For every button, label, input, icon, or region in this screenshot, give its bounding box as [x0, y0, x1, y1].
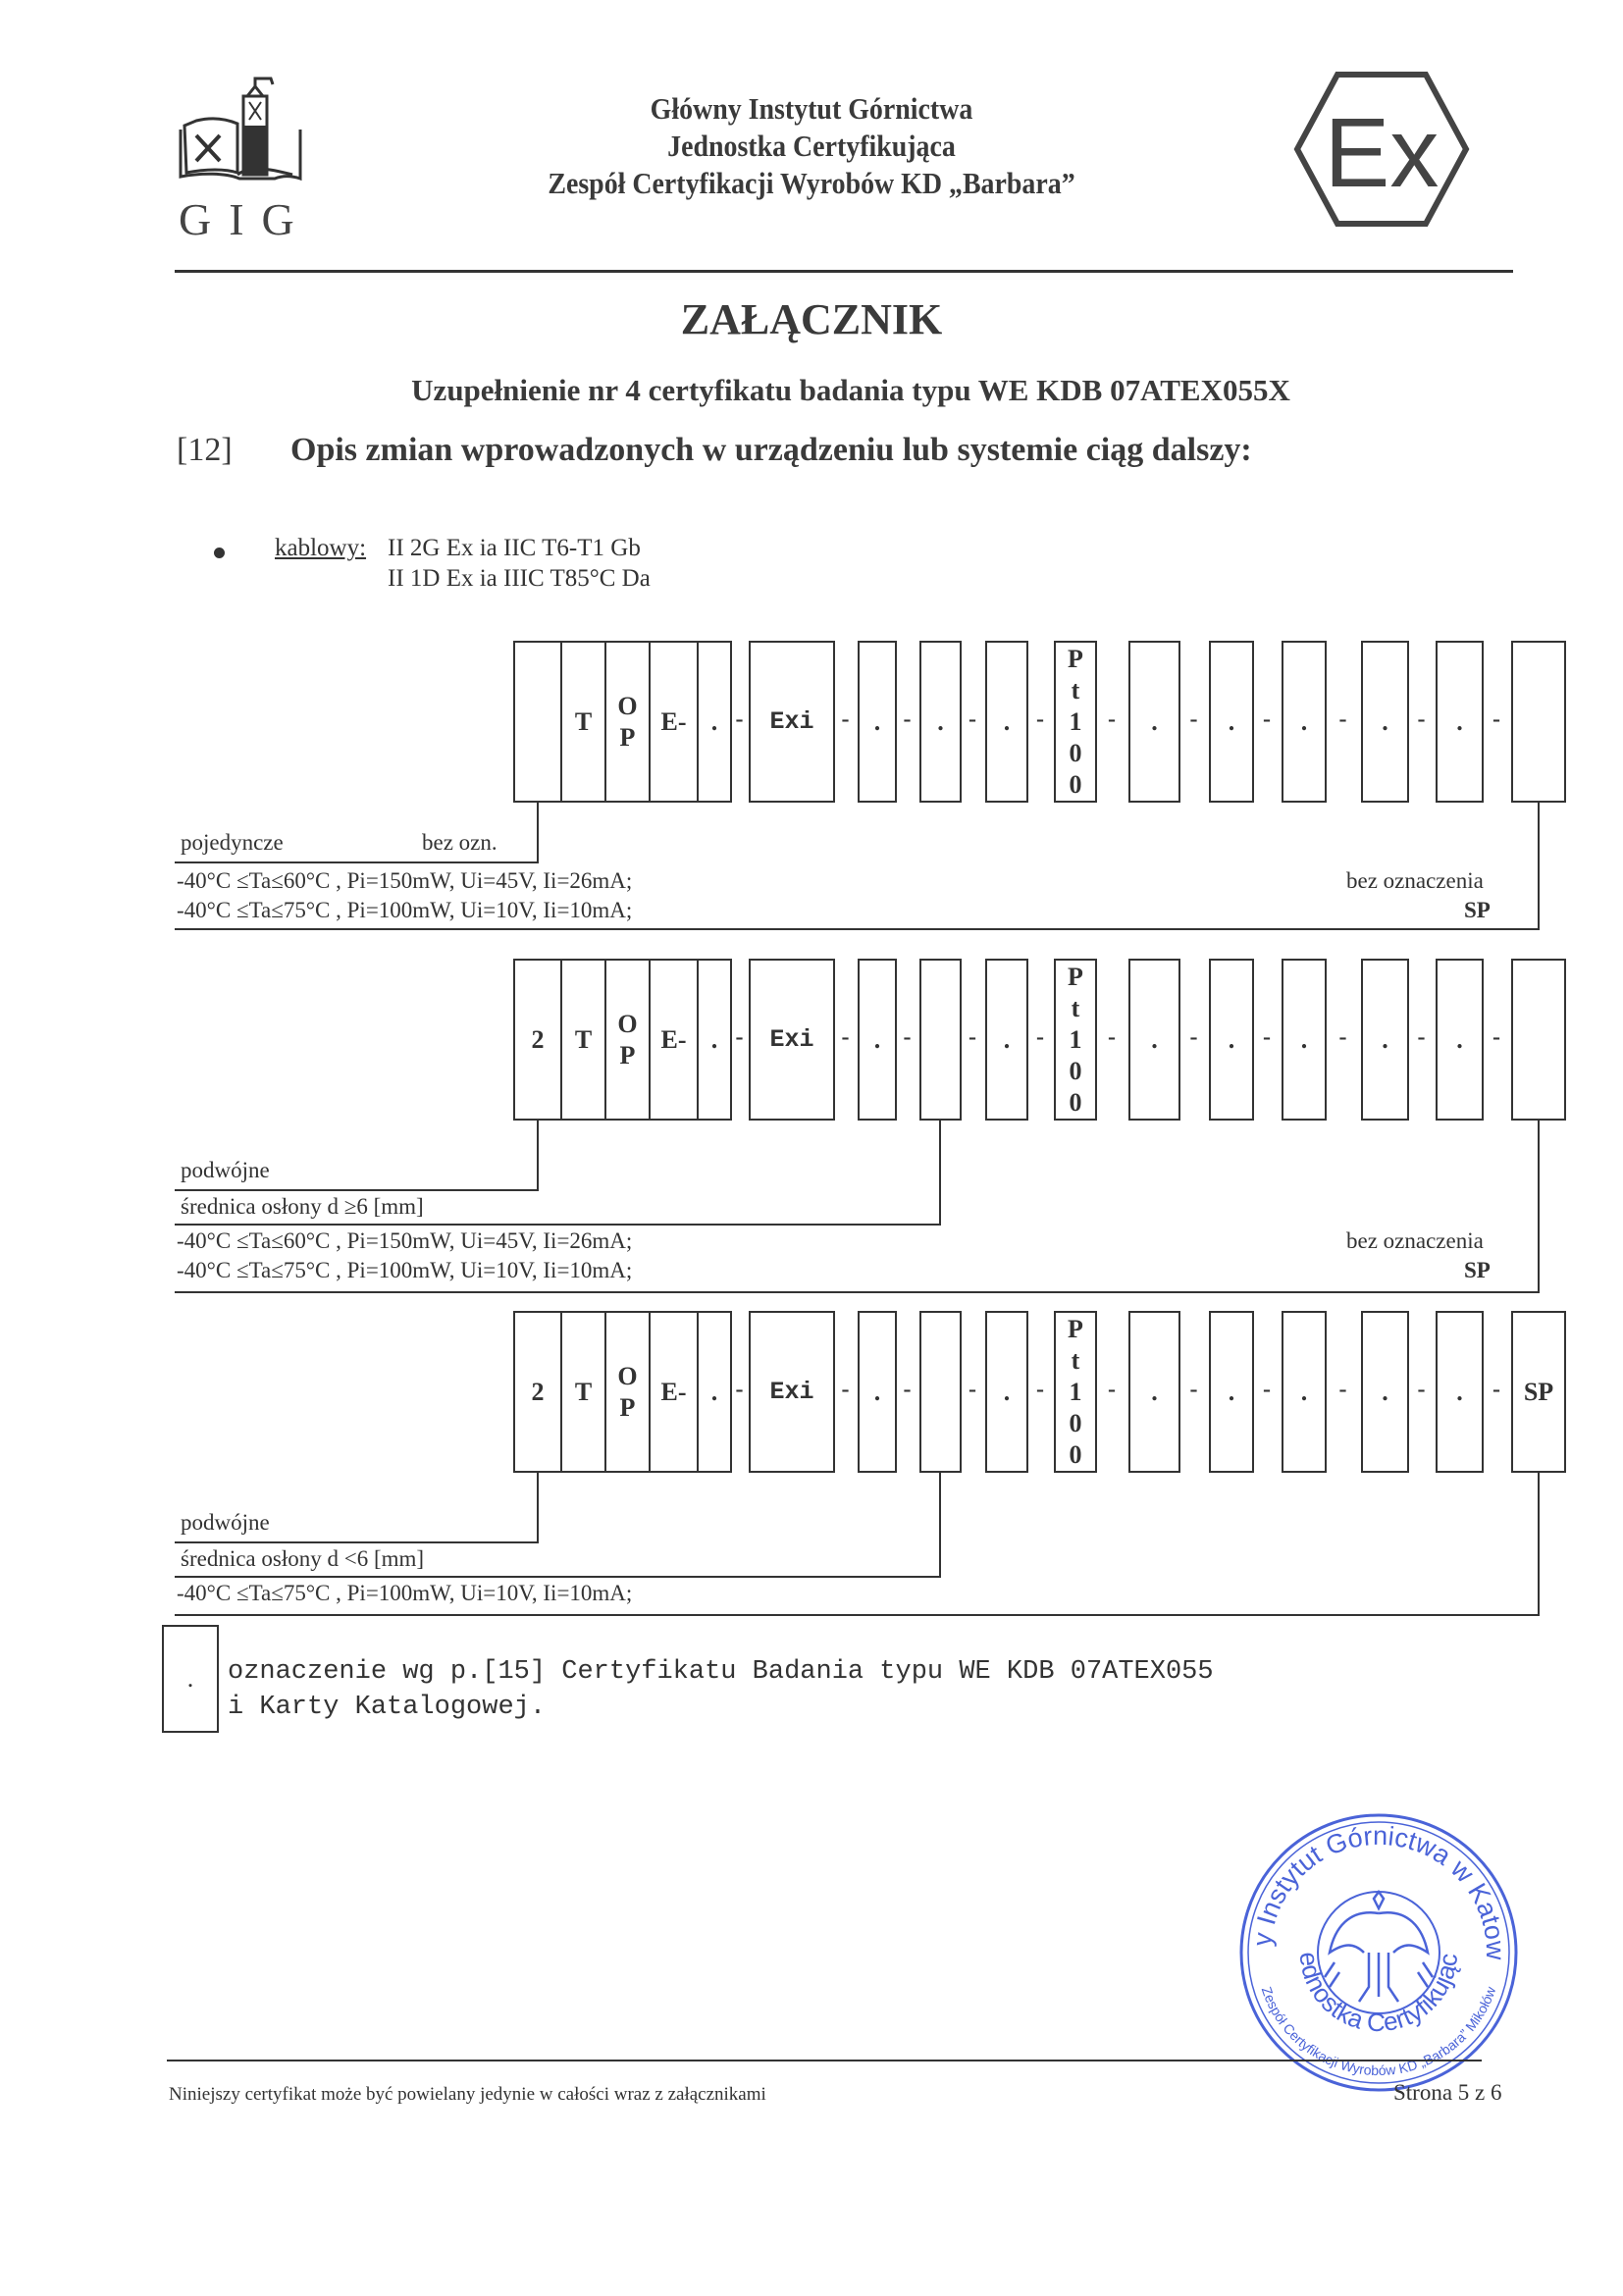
code-separator: - [1100, 1377, 1124, 1403]
code-separator: - [1100, 706, 1124, 733]
code-separator: - [1410, 1377, 1434, 1403]
connector-line [1538, 1121, 1540, 1291]
condition-line: -40°C ≤Ta≤60°C , Pi=150mW, Ui=45V, Ii=26… [177, 1228, 632, 1254]
code-separator: - [1182, 1377, 1206, 1403]
code-cell: . [1436, 641, 1484, 803]
ex-mark: Ex [1293, 71, 1470, 228]
code-cell: . [1361, 641, 1409, 803]
code-cell: . [1436, 959, 1484, 1121]
code-cell: . [1361, 1311, 1409, 1473]
code-cell: . [1361, 959, 1409, 1121]
code-separator: - [1410, 1024, 1434, 1051]
connector-line [175, 1291, 1540, 1293]
code-cell: OP [604, 1311, 651, 1473]
code-cell: . [985, 1311, 1028, 1473]
connector-line [175, 1224, 941, 1226]
code-cell [1511, 959, 1566, 1121]
code-cell: T [560, 641, 606, 803]
code-separator: - [1485, 1024, 1508, 1051]
code-separator: - [834, 1377, 858, 1403]
code-separator: - [1485, 1377, 1508, 1403]
svg-text:Główny Instytut Górnictwa w Ka: Główny Instytut Górnictwa w Katowicach [1231, 1805, 1510, 1960]
code-cell [919, 959, 962, 1121]
connector-line [1538, 1473, 1540, 1614]
code-separator: - [896, 1377, 919, 1403]
code-cell: . [1209, 959, 1254, 1121]
connector-line [175, 1614, 1540, 1616]
marking-line-2: II 1D Ex ia IIIC T85°C Da [388, 565, 651, 593]
code-cell: . [1209, 1311, 1254, 1473]
code-separator: - [961, 706, 984, 733]
code-cell: . [1436, 1311, 1484, 1473]
code-cell: . [858, 959, 897, 1121]
code-separator: - [728, 1024, 752, 1051]
page-number: Strona 5 z 6 [1393, 2080, 1502, 2106]
code-separator: - [961, 1024, 984, 1051]
code-separator: - [1332, 706, 1355, 733]
note-symbol-box: . [162, 1625, 219, 1733]
code-cell: OP [604, 959, 651, 1121]
connector-line [175, 1189, 539, 1191]
code-cell: . [1128, 1311, 1180, 1473]
cable-type-value: bez ozn. [422, 830, 497, 856]
code-cell [1511, 641, 1566, 803]
bullet-label: kablowy: [275, 535, 366, 562]
code-separator: - [1485, 706, 1508, 733]
code-cell: Pt100 [1054, 959, 1097, 1121]
code-separator: - [1255, 1377, 1279, 1403]
code-separator: - [1332, 1024, 1355, 1051]
code-cell: Pt100 [1054, 1311, 1097, 1473]
code-cell: E- [649, 959, 699, 1121]
code-separator: - [1028, 706, 1052, 733]
code-separator: - [1255, 1024, 1279, 1051]
code-separator: - [834, 706, 858, 733]
connector-line [537, 803, 539, 861]
note-symbol: . [187, 1664, 194, 1694]
code-cell: . [858, 1311, 897, 1473]
cable-type-label: podwójne [181, 1158, 270, 1183]
code-cell: . [1128, 641, 1180, 803]
code-cell: . [1282, 959, 1327, 1121]
code-cell: SP [1511, 1311, 1566, 1473]
code-separator: - [896, 706, 919, 733]
condition-line: -40°C ≤Ta≤60°C , Pi=150mW, Ui=45V, Ii=26… [177, 868, 632, 894]
code-cell: E- [649, 641, 699, 803]
cable-type-label: pojedyncze [181, 830, 284, 856]
connector-line [1538, 803, 1540, 928]
connector-line [537, 1121, 539, 1189]
code-cell: . [919, 641, 962, 803]
code-cell: Exi [749, 1311, 835, 1473]
connector-line [175, 861, 539, 863]
code-separator: - [1100, 1024, 1124, 1051]
code-cell: Exi [749, 959, 835, 1121]
stamp-eagle-icon: Główny Instytut Górnictwa w Katowicach J… [1231, 1805, 1526, 2100]
code-separator: - [834, 1024, 858, 1051]
code-cell: . [985, 641, 1028, 803]
code-cell [513, 641, 562, 803]
connector-line [175, 1576, 941, 1578]
section-heading: Opis zmian wprowadzonych w urządzeniu lu… [290, 432, 1252, 469]
code-cell: . [1128, 959, 1180, 1121]
code-separator: - [728, 1377, 752, 1403]
code-separator: - [1028, 1024, 1052, 1051]
connector-line [939, 1121, 941, 1224]
code-cell: OP [604, 641, 651, 803]
sheath-diameter-label: średnica osłony d ≥6 [mm] [181, 1194, 424, 1220]
connector-line [175, 928, 1540, 930]
code-separator: - [1182, 1024, 1206, 1051]
code-cell: . [1209, 641, 1254, 803]
footer-disclaimer: Niniejszy certyfikat może być powielany … [169, 2084, 766, 2106]
note-text: oznaczenie wg p.[15] Certyfikatu Badania… [228, 1654, 1214, 1725]
code-separator: - [896, 1024, 919, 1051]
right-value: SP [1464, 898, 1491, 923]
connector-line [939, 1473, 941, 1576]
code-cell: . [1282, 641, 1327, 803]
code-separator: - [1410, 706, 1434, 733]
code-cell [919, 1311, 962, 1473]
condition-line: -40°C ≤Ta≤75°C , Pi=100mW, Ui=10V, Ii=10… [177, 1258, 632, 1283]
code-separator: - [1332, 1377, 1355, 1403]
header-divider [175, 270, 1513, 273]
footer-divider [167, 2060, 1482, 2061]
svg-text:Ex: Ex [1325, 98, 1440, 208]
code-cell: T [560, 1311, 606, 1473]
code-cell: . [985, 959, 1028, 1121]
section-number: [12] [177, 432, 233, 469]
code-cell: . [1282, 1311, 1327, 1473]
right-value: SP [1464, 1258, 1491, 1283]
right-label: bez oznaczenia [1346, 868, 1484, 894]
code-cell: 2 [513, 1311, 562, 1473]
condition-line: -40°C ≤Ta≤75°C , Pi=100mW, Ui=10V, Ii=10… [177, 898, 632, 923]
code-separator: - [728, 706, 752, 733]
code-cell: T [560, 959, 606, 1121]
code-separator: - [1182, 706, 1206, 733]
code-cell: Exi [749, 641, 835, 803]
code-cell: Pt100 [1054, 641, 1097, 803]
code-separator: - [1028, 1377, 1052, 1403]
marking-line-1: II 2G Ex ia IIC T6-T1 Gb [388, 535, 641, 562]
bullet-icon [214, 548, 225, 558]
code-cell: . [858, 641, 897, 803]
code-cell: 2 [513, 959, 562, 1121]
cable-type-label: podwójne [181, 1510, 270, 1536]
right-label: bez oznaczenia [1346, 1228, 1484, 1254]
code-separator: - [1255, 706, 1279, 733]
sheath-diameter-label: średnica osłony d <6 [mm] [181, 1546, 424, 1572]
connector-line [537, 1473, 539, 1541]
official-stamp: Główny Instytut Górnictwa w Katowicach J… [1231, 1805, 1526, 2100]
condition-line: -40°C ≤Ta≤75°C , Pi=100mW, Ui=10V, Ii=10… [177, 1581, 632, 1606]
code-cell: E- [649, 1311, 699, 1473]
connector-line [175, 1541, 539, 1543]
document-subtitle: Uzupełnienie nr 4 certyfikatu badania ty… [39, 373, 1623, 408]
document-title: ZAŁĄCZNIK [0, 294, 1623, 344]
code-separator: - [961, 1377, 984, 1403]
ex-hexagon-icon: Ex [1293, 71, 1470, 228]
